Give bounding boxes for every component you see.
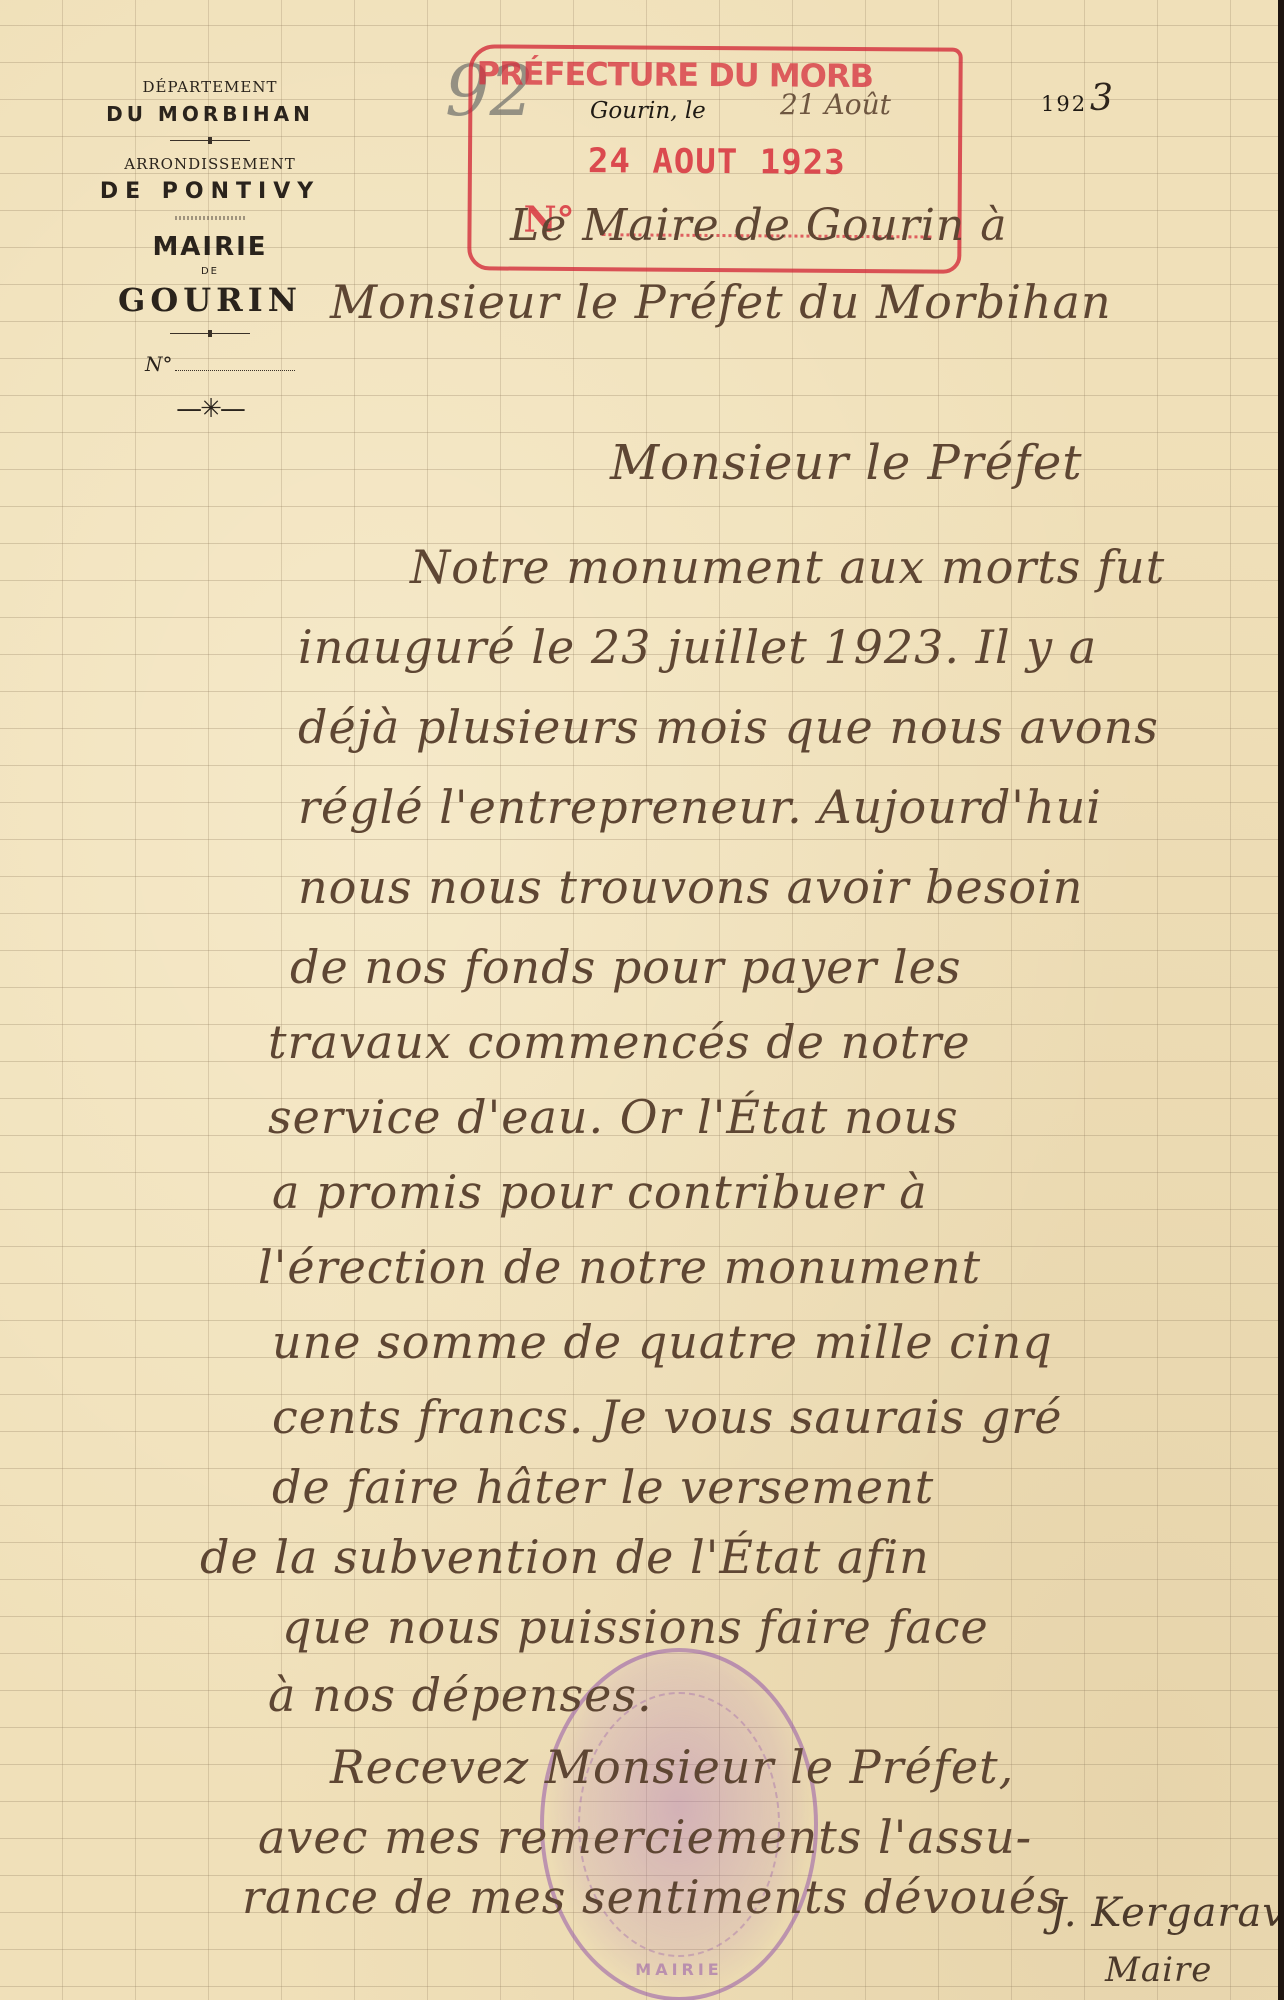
body-line: réglé l'entrepreneur. Aujourd'hui [298, 780, 1102, 834]
body-line: cents francs. Je vous saurais gré [272, 1390, 1063, 1444]
arrondissement-label: ARRONDISSEMENT [60, 155, 360, 173]
divider-ornament [170, 140, 250, 141]
divider-ornament [170, 333, 250, 334]
town-name: GOURIN [60, 281, 360, 319]
closing-line: avec mes remerciements l'assu- [258, 1810, 1032, 1864]
body-line: de faire hâter le versement [272, 1460, 934, 1514]
reference-number-field: N° [145, 352, 360, 376]
dateline-year-printed: 192 [1041, 92, 1087, 116]
letterhead: DÉPARTEMENT DU MORBIHAN ARRONDISSEMENT D… [60, 78, 360, 424]
mairie-label: MAIRIE [60, 232, 360, 262]
departement-name: DU MORBIHAN [60, 102, 360, 126]
body-line: service d'eau. Or l'État nous [268, 1090, 959, 1144]
body-line: de nos fonds pour payer les [290, 940, 961, 994]
star-ornament-icon: —✳— [60, 394, 360, 424]
dateline-year-handwritten: 3 [1090, 78, 1113, 119]
body-line: travaux commencés de notre [268, 1015, 971, 1069]
body-line: inauguré le 23 juillet 1923. Il y a [298, 620, 1097, 674]
body-line: nous nous trouvons avoir besoin [298, 860, 1083, 914]
body-line: Notre monument aux morts fut [410, 540, 1165, 594]
body-line: a promis pour contribuer à [272, 1165, 928, 1219]
dateline-place: Gourin, le [590, 98, 706, 124]
body-line: une somme de quatre mille cinq [272, 1315, 1053, 1369]
recipient-line: Monsieur le Préfet du Morbihan [330, 275, 1112, 329]
seal-text: MAIRIE [544, 1960, 814, 1979]
signature-name: J. Kergaravat [1050, 1890, 1278, 1936]
scan-edge-border [1278, 0, 1284, 2000]
body-line: de la subvention de l'État afin [200, 1530, 930, 1584]
number-label: N° [145, 352, 173, 376]
arrondissement-name: DE PONTIVY [60, 179, 360, 204]
wavy-divider [175, 216, 245, 220]
sender-line: Le Maire de Gourin à [510, 200, 1008, 251]
dateline-day-month: 21 Août [780, 88, 891, 121]
salutation: Monsieur le Préfet [610, 435, 1083, 491]
number-dotted-line [175, 370, 295, 371]
body-line: à nos dépenses. [268, 1668, 653, 1722]
de-label: DE [60, 266, 360, 277]
body-line: l'érection de notre monument [258, 1240, 981, 1294]
signature-title: Maire [1105, 1950, 1212, 1990]
closing-line: Recevez Monsieur le Préfet, [330, 1740, 1014, 1794]
stamp-date: 24 AOUT 1923 [588, 141, 846, 183]
departement-label: DÉPARTEMENT [60, 78, 360, 96]
body-line: que nous puissions faire face [282, 1600, 989, 1654]
letter-page: DÉPARTEMENT DU MORBIHAN ARRONDISSEMENT D… [0, 0, 1278, 2000]
body-line: déjà plusieurs mois que nous avons [298, 700, 1159, 754]
closing-line: rance de mes sentiments dévoués [242, 1870, 1062, 1924]
